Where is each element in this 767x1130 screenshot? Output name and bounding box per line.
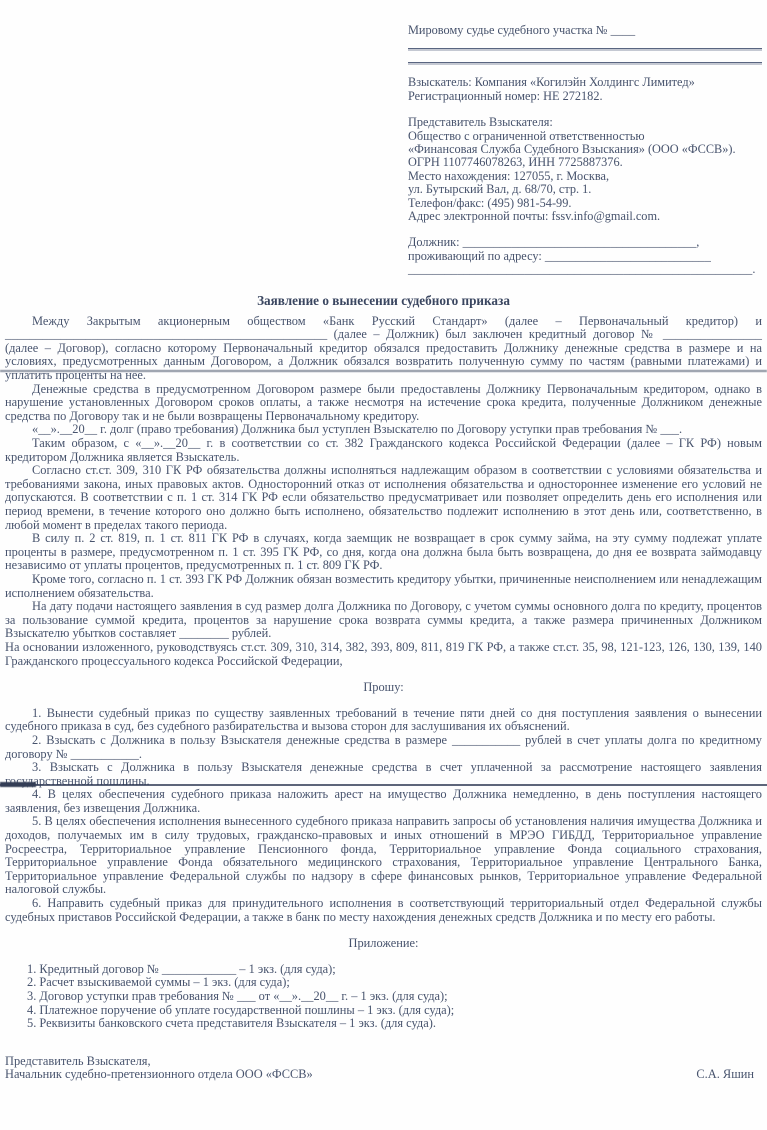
scan-fold-line [0,784,767,786]
scan-fold-line [0,370,767,372]
request-item: 5. В целях обеспечения исполнения вынесе… [5,815,762,897]
body-paragraph: Согласно ст.ст. 309, 310 ГК РФ обязатель… [5,464,762,532]
signatory-name: С.А. Яшин [696,1068,754,1082]
attachment-item: 2. Расчет взыскиваемой суммы – 1 экз. (д… [27,976,762,990]
court-addressee-line: Мировому судье судебного участка № ____ [408,24,762,37]
representative-orgname-line: «Финансовая Служба Судебного Взыскания» … [408,143,762,156]
body-paragraph: Между Закрытым акционерным обществом «Ба… [5,315,762,383]
signatory-role-line: Представитель Взыскателя, [5,1055,762,1069]
request-heading: Прошу: [5,681,762,695]
blank-write-in-line [408,37,762,49]
scan-fold-blob [0,782,36,787]
attachment-item: 5. Реквизиты банковского счета представи… [27,1017,762,1031]
claimant-regnumber-line: Регистрационный номер: НЕ 272182. [408,90,762,103]
document-title: Заявление о вынесении судебного приказа [0,293,767,309]
body-paragraph-legal-basis: На основании изложенного, руководствуясь… [5,641,762,668]
representative-email-line: Адрес электронной почты: fssv.info@gmail… [408,210,762,223]
representative-ogrn-inn-line: ОГРН 1107746078263, ИНН 7725887376. [408,156,762,169]
body-paragraph: Денежные средства в предусмотренном Дого… [5,383,762,424]
document-body: Между Закрытым акционерным обществом «Ба… [5,315,762,1082]
body-paragraph: В силу п. 2 ст. 819, п. 1 ст. 811 ГК РФ … [5,532,762,573]
blank-write-in-line [408,51,762,63]
representative-street-line: ул. Бутырский Вал, д. 68/70, стр. 1. [408,183,762,196]
representative-group: Представитель Взыскателя: Общество с огр… [408,116,762,223]
signatory-position-line: Начальник судебно-претензионного отдела … [5,1068,762,1082]
request-item: 1. Вынести судебный приказ по существу з… [5,707,762,734]
debtor-name-line: Должник: _______________________________… [408,236,762,249]
scanned-court-application-page: Мировому судье судебного участка № ____ … [0,0,767,1130]
representative-title-line: Представитель Взыскателя: [408,116,762,129]
representative-location-line: Место нахождения: 127055, г. Москва, [408,170,762,183]
attachment-heading: Приложение: [5,937,762,951]
attachment-list: 1. Кредитный договор № ____________ – 1 … [27,963,762,1031]
court-addressee-group: Мировому судье судебного участка № ____ [408,24,762,63]
representative-phone-line: Телефон/факс: (495) 981-54-99. [408,197,762,210]
debtor-address-blank-line: ________________________________________… [408,263,762,276]
attachment-item: 1. Кредитный договор № ____________ – 1 … [27,963,762,977]
body-paragraph: На дату подачи настоящего заявления в су… [5,600,762,641]
body-paragraph: Таким образом, с «__».__20__ г. в соотве… [5,437,762,464]
signature-block: Представитель Взыскателя, Начальник суде… [5,1055,762,1082]
attachment-item: 3. Договор уступки прав требования № ___… [27,990,762,1004]
attachment-item: 4. Платежное поручение об уплате государ… [27,1004,762,1018]
body-paragraph: «__».__20__ г. долг (право требования) Д… [5,423,762,437]
body-paragraph: Кроме того, согласно п. 1 ст. 393 ГК РФ … [5,573,762,600]
debtor-group: Должник: _______________________________… [408,236,762,276]
claimant-group: Взыскатель: Компания «Когилэйн Холдингс … [408,76,762,103]
request-item: 4. В целях обеспечения судебного приказа… [5,788,762,815]
claimant-name-line: Взыскатель: Компания «Когилэйн Холдингс … [408,76,762,89]
representative-orgtype-line: Общество с ограниченной ответственностью [408,130,762,143]
request-item: 6. Направить судебный приказ для принуди… [5,897,762,924]
request-item: 2. Взыскать с Должника в пользу Взыскате… [5,734,762,761]
court-header-block: Мировому судье судебного участка № ____ … [408,24,762,277]
debtor-address-label-line: проживающий по адресу: _________________… [408,250,762,263]
